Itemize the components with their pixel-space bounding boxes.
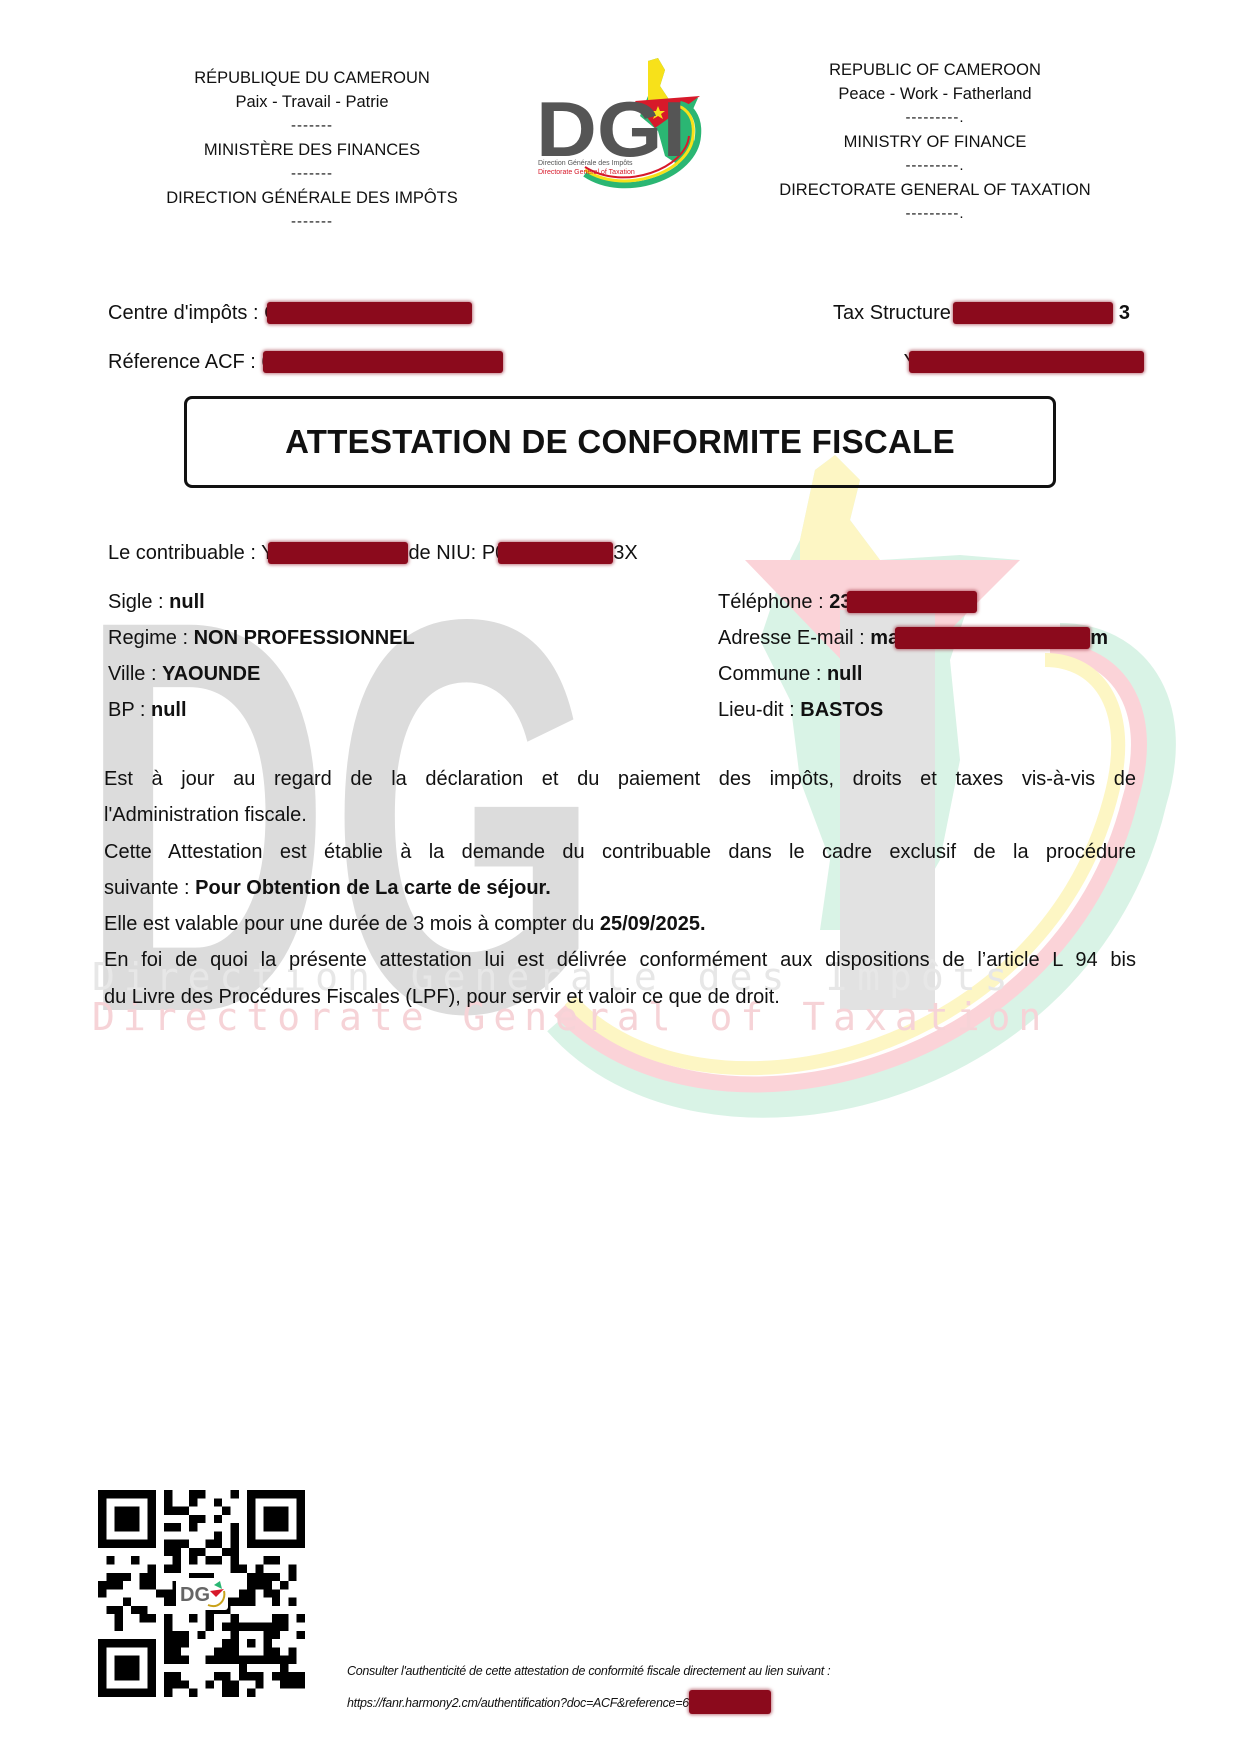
motto-en: Peace - Work - Fatherland	[755, 82, 1115, 106]
detail-sigle: Sigle : null	[108, 584, 415, 620]
detail-commune: Commune : null	[718, 656, 1108, 692]
separator: -------	[142, 162, 482, 186]
taxpayer-line: Le contribuable : Yde NIU: P03X	[108, 542, 638, 565]
detail-label: Adresse E-mail :	[718, 627, 865, 649]
tax-structure-line-2: Y	[904, 351, 1144, 374]
detail-value-suffix: m	[1090, 627, 1108, 649]
separator: ---------.	[755, 154, 1115, 178]
detail-email: Adresse E-mail : mam	[718, 620, 1108, 656]
detail-ville: Ville : YAOUNDE	[108, 656, 415, 692]
detail-value: null	[827, 663, 863, 685]
redaction	[953, 302, 1113, 324]
body-paragraph-2-line-2: suivante : Pour Obtention de La carte de…	[104, 870, 1136, 906]
body-paragraph-1-line-1: Est à jour au regard de la déclaration e…	[104, 761, 1136, 797]
verification-link-row: https://fanr.harmony2.cm/authentificatio…	[347, 1690, 771, 1714]
logo-line-fr: Direction Générale des Impôts	[538, 160, 633, 167]
ministry-fr: MINISTÈRE DES FINANCES	[142, 138, 482, 162]
redaction	[267, 302, 472, 324]
details-left: Sigle : null Regime : NON PROFESSIONNEL …	[108, 584, 415, 728]
country-en: REPUBLIC OF CAMEROON	[755, 58, 1115, 82]
detail-label: Ville :	[108, 663, 157, 685]
redaction	[909, 351, 1144, 373]
tax-structure-label: Tax Structure	[833, 302, 951, 324]
tax-structure-value: 3	[1119, 302, 1130, 324]
redaction	[263, 351, 503, 373]
detail-value: BASTOS	[800, 699, 883, 721]
detail-regime: Regime : NON PROFESSIONNEL	[108, 620, 415, 656]
detail-value: NON PROFESSIONNEL	[194, 627, 415, 649]
tax-structure: Tax Structure3	[833, 302, 1130, 325]
ministry-en: MINISTRY OF FINANCE	[755, 130, 1115, 154]
redaction	[498, 542, 613, 564]
dgi-logo: DGI Direction Générale des Impôts Direct…	[530, 56, 710, 196]
detail-label: Commune :	[718, 663, 821, 685]
detail-label: Regime :	[108, 627, 188, 649]
country-fr: RÉPUBLIQUE DU CAMEROUN	[142, 66, 482, 90]
tax-centre: Centre d'impôts : C	[108, 302, 472, 325]
svg-text:DG: DG	[180, 1584, 210, 1606]
redaction	[689, 1690, 771, 1714]
separator: ---------.	[755, 202, 1115, 226]
body-paragraph-1-line-2: l'Administration fiscale.	[104, 797, 1136, 833]
niu-label: de NIU:	[408, 542, 476, 564]
directorate-fr: DIRECTION GÉNÉRALE DES IMPÔTS	[142, 186, 482, 210]
taxpayer-label: Le contribuable :	[108, 542, 256, 564]
separator: -------	[142, 210, 482, 234]
details-right: Téléphone : 23 Adresse E-mail : mam Comm…	[718, 584, 1108, 728]
detail-value: YAOUNDE	[162, 663, 260, 685]
qr-logo-icon: DG	[176, 1578, 228, 1610]
body-paragraph-3: Elle est valable pour une durée de 3 moi…	[104, 906, 1136, 942]
procedure-value: Pour Obtention de La carte de séjour.	[195, 877, 551, 899]
detail-label: Lieu-dit :	[718, 699, 795, 721]
detail-value: null	[169, 591, 205, 613]
detail-label: BP :	[108, 699, 145, 721]
detail-telephone: Téléphone : 23	[718, 584, 1108, 620]
niu-value-suffix: 3X	[613, 542, 637, 564]
verification-note: Consulter l'authenticité de cette attest…	[347, 1664, 830, 1678]
procedure-label: suivante :	[104, 877, 190, 899]
detail-lieu-dit: Lieu-dit : BASTOS	[718, 692, 1108, 728]
body-paragraph-4-line-2: du Livre des Procédures Fiscales (LPF), …	[104, 979, 1136, 1015]
body-paragraph-2-line-1: Cette Attestation est établie à la deman…	[104, 834, 1136, 870]
detail-value: null	[151, 699, 187, 721]
logo-line-en: Directorate General of Taxation	[538, 169, 635, 176]
acf-reference: Réference ACF : 6	[108, 351, 503, 374]
validity-date: 25/09/2025.	[600, 913, 706, 935]
redaction	[268, 542, 408, 564]
acf-reference-label: Réference ACF :	[108, 351, 256, 373]
directorate-en: DIRECTORATE GENERAL OF TAXATION	[755, 178, 1115, 202]
attestation-body: Est à jour au regard de la déclaration e…	[104, 761, 1136, 1015]
tax-centre-label: Centre d'impôts :	[108, 302, 259, 324]
separator: ---------.	[755, 106, 1115, 130]
redaction	[895, 627, 1090, 649]
motto-fr: Paix - Travail - Patrie	[142, 90, 482, 114]
body-paragraph-4-line-1: En foi de quoi la présente attestation l…	[104, 942, 1136, 978]
detail-label: Sigle :	[108, 591, 164, 613]
document-title-box: ATTESTATION DE CONFORMITE FISCALE	[184, 396, 1056, 488]
separator: -------	[142, 114, 482, 138]
redaction	[847, 591, 977, 613]
header-left: RÉPUBLIQUE DU CAMEROUN Paix - Travail - …	[142, 66, 482, 234]
verification-qr-code[interactable]: DG	[98, 1490, 305, 1697]
verification-link[interactable]: https://fanr.harmony2.cm/authentificatio…	[347, 1696, 689, 1710]
document-title: ATTESTATION DE CONFORMITE FISCALE	[285, 423, 955, 461]
header-right: REPUBLIC OF CAMEROON Peace - Work - Fath…	[755, 58, 1115, 226]
detail-bp: BP : null	[108, 692, 415, 728]
detail-label: Téléphone :	[718, 591, 824, 613]
validity-text: Elle est valable pour une durée de 3 moi…	[104, 913, 594, 935]
